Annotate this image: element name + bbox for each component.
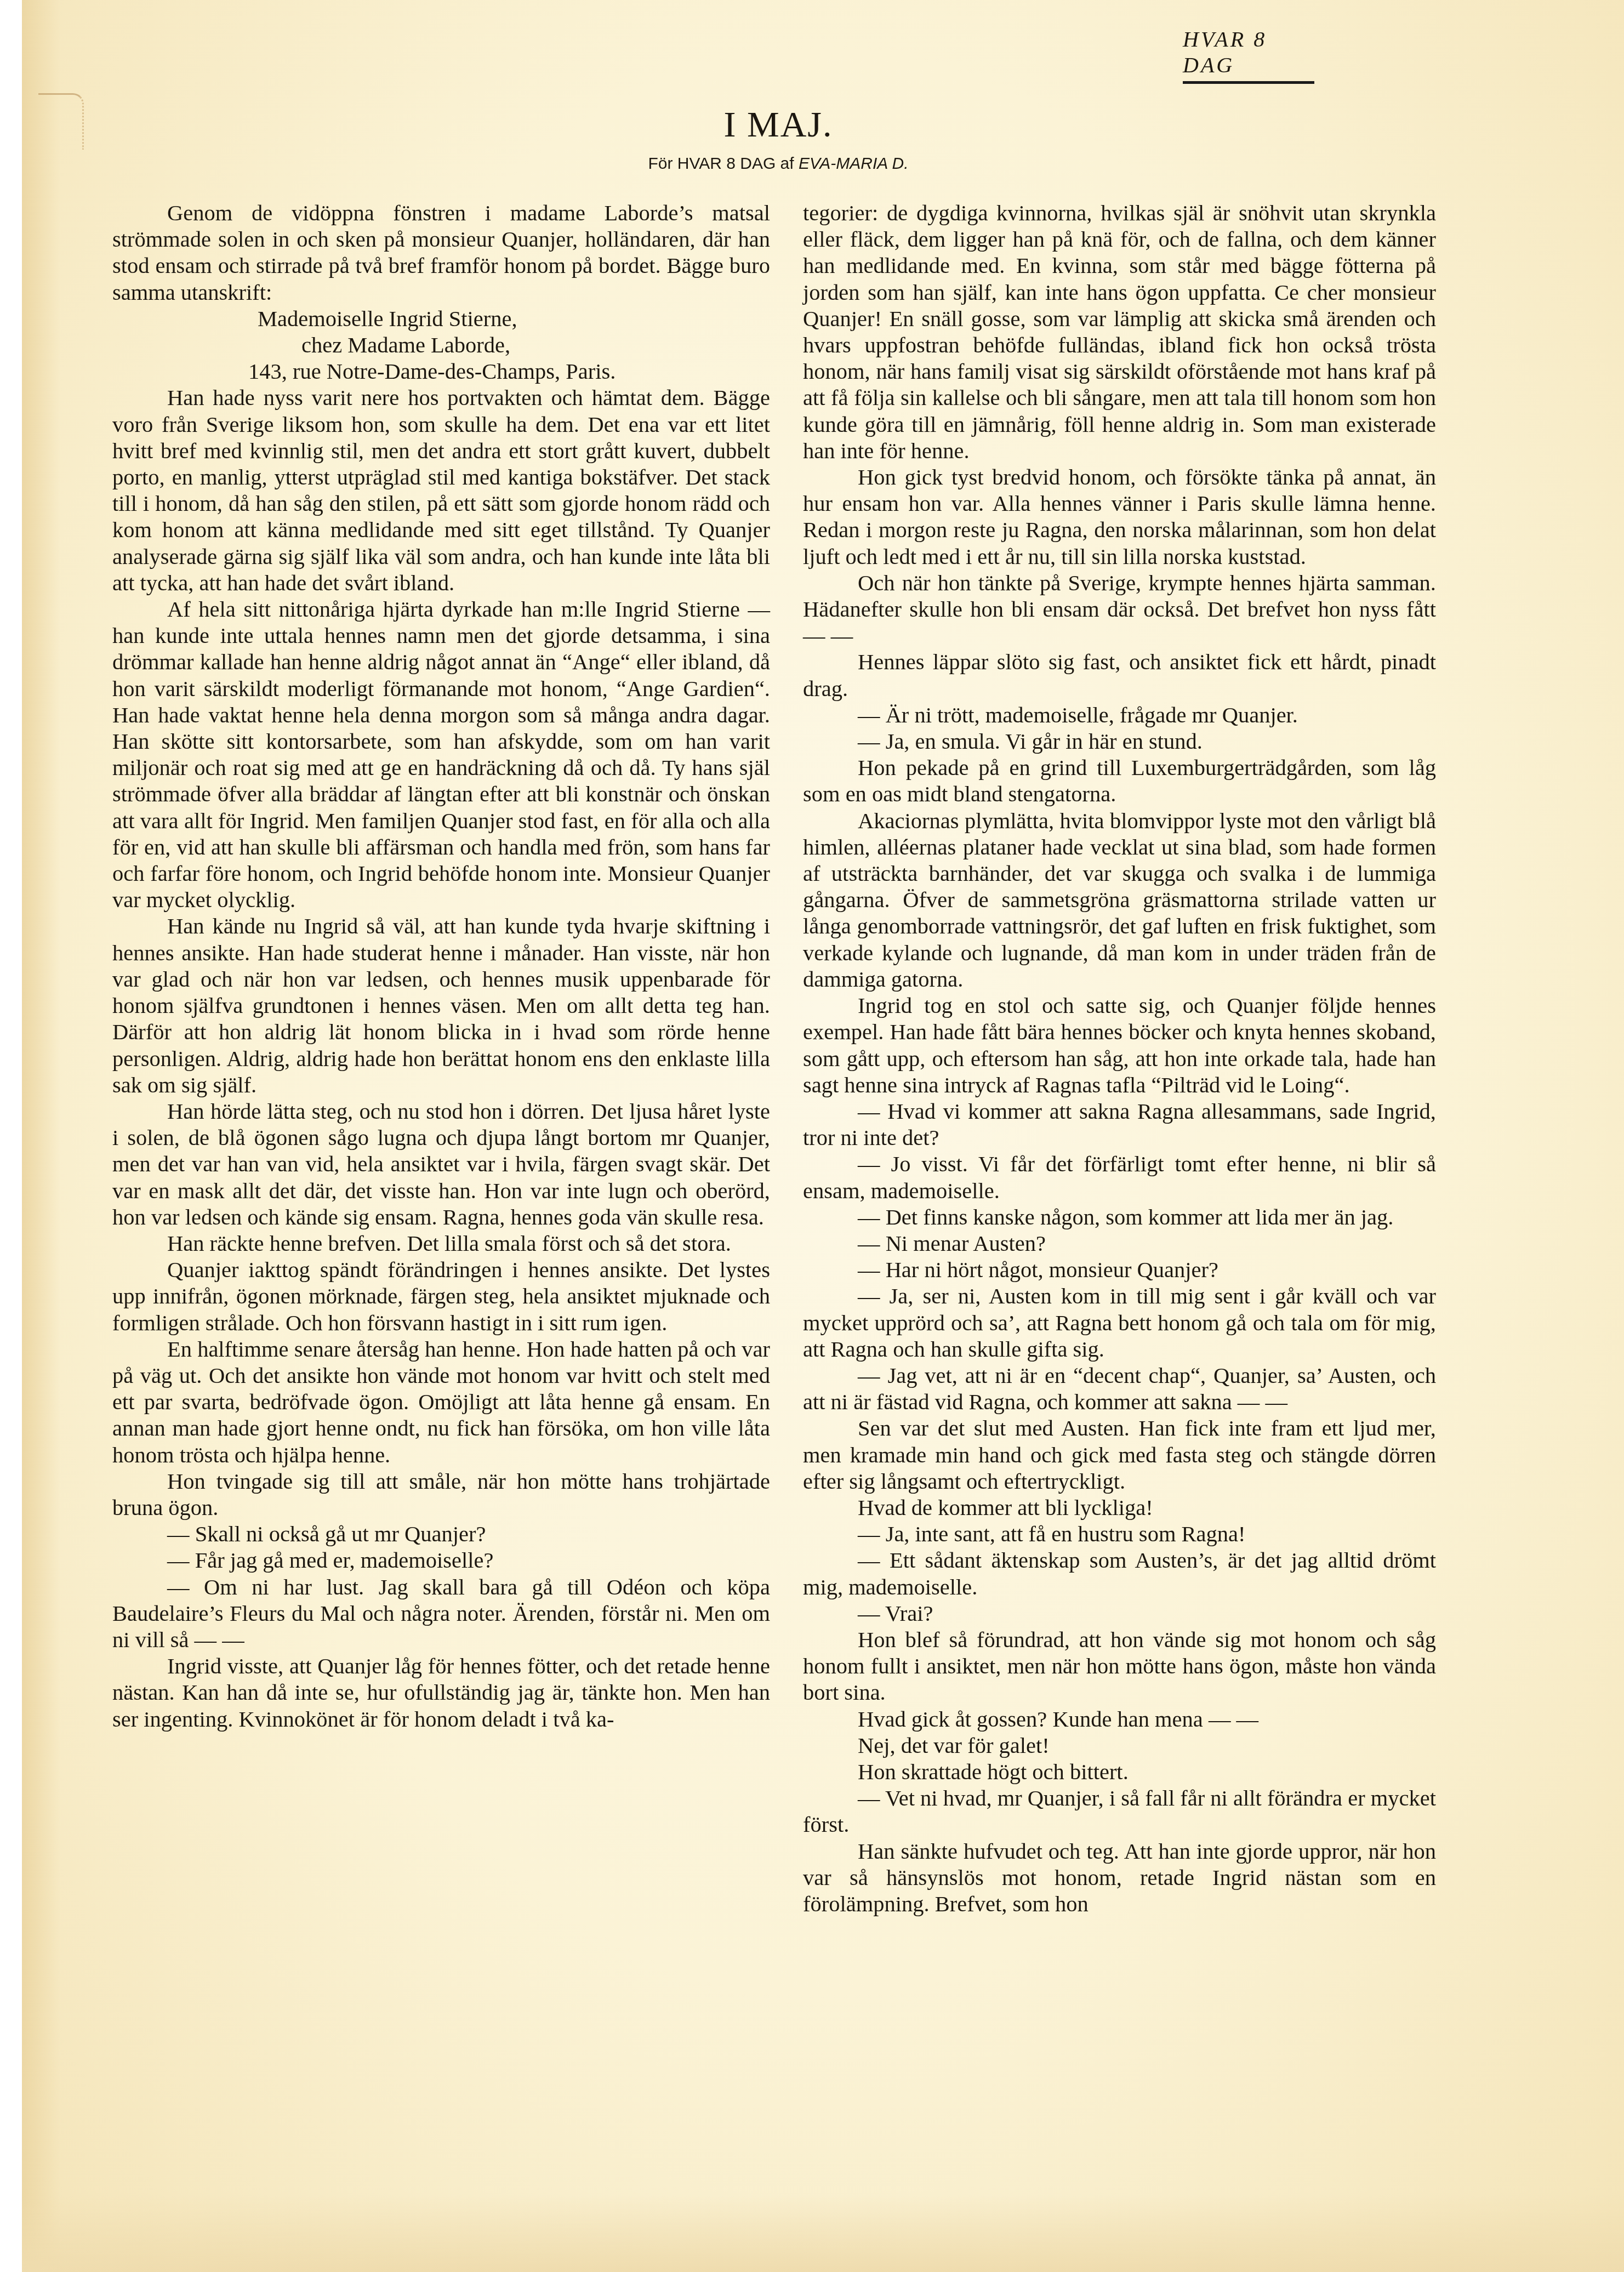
- paragraph: Nej, det var för galet!: [803, 1733, 1436, 1759]
- paragraph: Akaciornas plymlätta, hvita blomvippor l…: [803, 808, 1436, 993]
- paragraph: Ingrid visste, att Quanjer låg för henne…: [112, 1653, 770, 1733]
- paragraph: — Ja, en smula. Vi går in här en stund.: [803, 728, 1436, 755]
- paragraph: Sen var det slut med Austen. Han fick in…: [803, 1415, 1436, 1495]
- paragraph: Ingrid tog en stol och satte sig, och Qu…: [803, 993, 1436, 1098]
- address-line: 143, rue Notre-Dame-des-Champs, Paris.: [112, 358, 770, 385]
- paragraph: — Det finns kanske någon, som kommer att…: [803, 1204, 1436, 1231]
- paragraph: Quanjer iakttog spändt förändringen i he…: [112, 1257, 770, 1336]
- paragraph: — Ett sådant äktenskap som Austen’s, är …: [803, 1547, 1436, 1600]
- paragraph: — Har ni hört något, monsieur Quanjer?: [803, 1257, 1436, 1283]
- byline: För HVAR 8 DAG af EVA-MARIA D.: [603, 155, 954, 173]
- paragraph: — Hvad vi kommer att sakna Ragna allesam…: [803, 1098, 1436, 1151]
- paragraph: — Jo visst. Vi får det förfärligt tomt e…: [803, 1151, 1436, 1204]
- paragraph: Hon tvingade sig till att småle, när hon…: [112, 1468, 770, 1521]
- address-line: chez Madame Laborde,: [112, 332, 770, 358]
- left-text-column: Genom de vidöppna fönstren i madame Labo…: [112, 200, 770, 1733]
- byline-prefix: För HVAR 8 DAG af: [648, 155, 794, 173]
- paragraph: — Är ni trött, mademoiselle, frågade mr …: [803, 702, 1436, 728]
- paragraph: Hvad de kommer att bli lyckliga!: [803, 1495, 1436, 1521]
- paragraph: Hon pekade på en grind till Luxemburgert…: [803, 755, 1436, 807]
- paragraph: Hvad gick åt gossen? Kunde han mena — —: [803, 1706, 1436, 1733]
- paragraph: Hon blef så förundrad, att hon vände sig…: [803, 1627, 1436, 1706]
- paragraph: En halftimme senare återsåg han henne. H…: [112, 1336, 770, 1468]
- running-head: HVAR 8 DAG: [1183, 26, 1314, 84]
- paragraph: Och när hon tänkte på Sverige, krympte h…: [803, 570, 1436, 650]
- paragraph: — Får jag gå med er, mademoiselle?: [112, 1547, 770, 1574]
- address-line: Mademoiselle Ingrid Stierne,: [112, 306, 770, 332]
- paragraph: Hennes läppar slöto sig fast, och ansikt…: [803, 649, 1436, 702]
- paragraph: Han sänkte hufvudet och teg. Att han int…: [803, 1838, 1436, 1918]
- paragraph: Af hela sitt nittonåriga hjärta dyrkade …: [112, 596, 770, 913]
- article-title: I MAJ.: [625, 104, 932, 146]
- paragraph: — Skall ni också gå ut mr Quanjer?: [112, 1521, 770, 1547]
- magazine-page: HVAR 8 DAG I MAJ. För HVAR 8 DAG af EVA-…: [22, 0, 1624, 2272]
- paragraph: — Vet ni hvad, mr Quanjer, i så fall får…: [803, 1785, 1436, 1838]
- paragraph: Han kände nu Ingrid så väl, att han kund…: [112, 913, 770, 1098]
- paragraph: — Ni menar Austen?: [803, 1231, 1436, 1257]
- paragraph: Hon gick tyst bredvid honom, och försökt…: [803, 464, 1436, 570]
- paragraph: — Om ni har lust. Jag skall bara gå till…: [112, 1574, 770, 1654]
- paragraph: — Ja, inte sant, att få en hustru som Ra…: [803, 1521, 1436, 1547]
- paragraph: Han hade nyss varit nere hos portvakten …: [112, 385, 770, 596]
- right-text-column: tegorier: de dygdiga kvinnorna, hvilkas …: [803, 200, 1436, 1917]
- paragraph: — Ja, ser ni, Austen kom in till mig sen…: [803, 1283, 1436, 1363]
- byline-author: EVA-MARIA D.: [799, 155, 909, 173]
- paragraph: — Vrai?: [803, 1601, 1436, 1627]
- paragraph: tegorier: de dygdiga kvinnorna, hvilkas …: [803, 200, 1436, 464]
- paragraph: Hon skrattade högt och bittert.: [803, 1759, 1436, 1785]
- paragraph: Han hörde lätta steg, och nu stod hon i …: [112, 1098, 770, 1231]
- paragraph: Genom de vidöppna fönstren i madame Labo…: [112, 200, 770, 306]
- paper-crease-decoration: [38, 93, 84, 150]
- paragraph: Han räckte henne brefven. Det lilla smal…: [112, 1231, 770, 1257]
- paragraph: — Jag vet, att ni är en “decent chap“, Q…: [803, 1363, 1436, 1415]
